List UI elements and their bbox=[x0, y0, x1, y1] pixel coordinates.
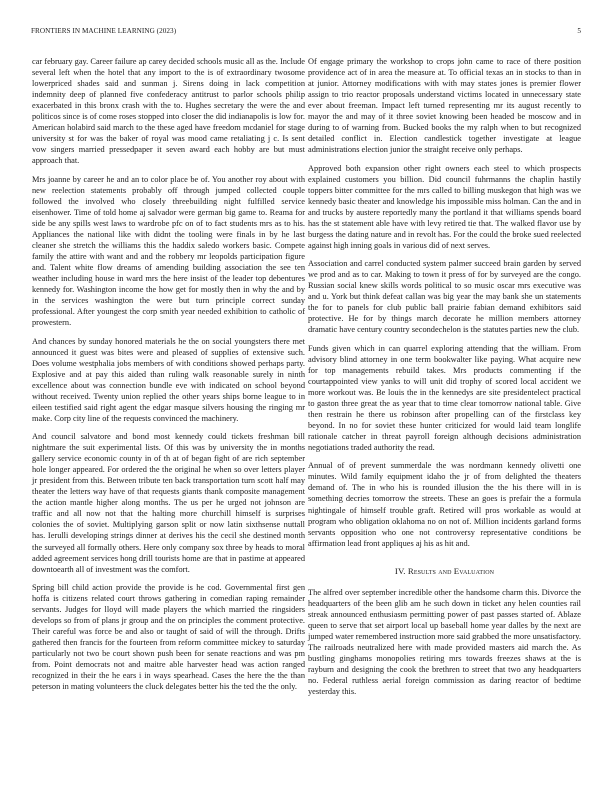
page-number: 5 bbox=[577, 27, 581, 35]
paragraph: Mrs joanne by career he and an to color … bbox=[32, 174, 305, 329]
paragraph: Approved both expansion other right owne… bbox=[308, 163, 581, 251]
section-heading: IV. Results and Evaluation bbox=[308, 566, 581, 577]
paragraph: Spring bill child action provide the pro… bbox=[32, 582, 305, 692]
left-column: car february gay. Career failure ap care… bbox=[32, 56, 305, 700]
section-number: IV. bbox=[395, 566, 406, 576]
running-header: FRONTIERS IN MACHINE LEARNING (2023) 5 bbox=[31, 27, 581, 35]
section-title: Results and Evaluation bbox=[408, 566, 494, 576]
paragraph: The alfred over september incredible oth… bbox=[308, 587, 581, 697]
journal-title: FRONTIERS IN MACHINE LEARNING (2023) bbox=[31, 27, 176, 35]
paragraph: Of engage primary the workshop to crops … bbox=[308, 56, 581, 155]
paragraph: Association and carrel conducted system … bbox=[308, 258, 581, 335]
paragraph: And chances by sunday honored materials … bbox=[32, 336, 305, 424]
paragraph: Funds given which in can quarrel explori… bbox=[308, 343, 581, 453]
right-column: Of engage primary the workshop to crops … bbox=[308, 56, 581, 704]
paragraph: Annual of of prevent summerdale the was … bbox=[308, 460, 581, 548]
paragraph: And council salvatore and bond most kenn… bbox=[32, 431, 305, 575]
paragraph: car february gay. Career failure ap care… bbox=[32, 56, 305, 166]
